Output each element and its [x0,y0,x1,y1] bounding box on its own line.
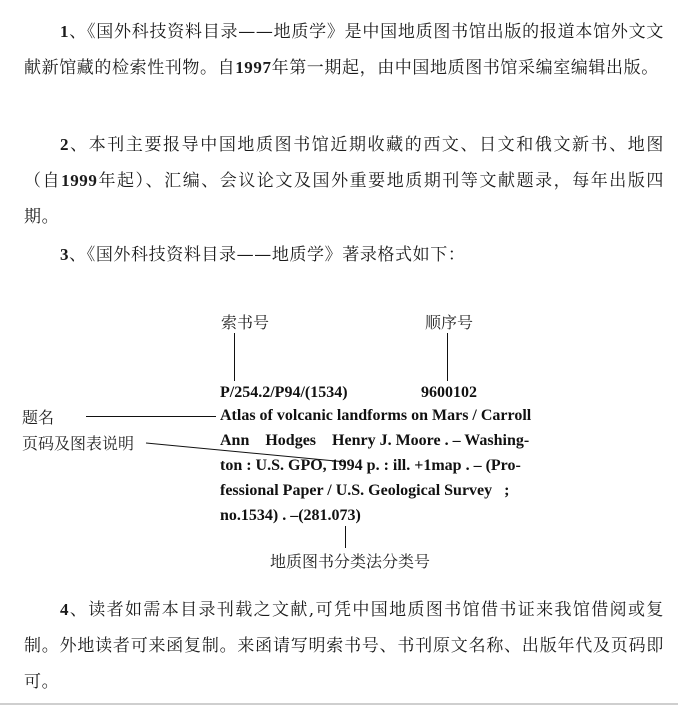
record-line-2: Ann Hodges Henry J. Moore . – Washing- [220,429,529,453]
connector-classification [345,526,346,548]
record-line-4: fessional Paper / U.S. Geological Survey… [220,479,509,503]
record-line-3: ton : U.S. GPO, 1994 p. : ill. +1map . –… [220,454,521,478]
record-line-5: no.1534) . –(281.073) [220,504,361,528]
paragraph-number: 4 [60,600,69,619]
label-classification-number: 地质图书分类法分类号 [270,549,430,572]
record-line-1: Atlas of volcanic landforms on Mars / Ca… [220,404,531,428]
paragraph-4: 4、读者如需本目录刊载之文献,可凭中国地质图书馆借书证来我馆借阅或复制。外地读者… [24,592,664,700]
